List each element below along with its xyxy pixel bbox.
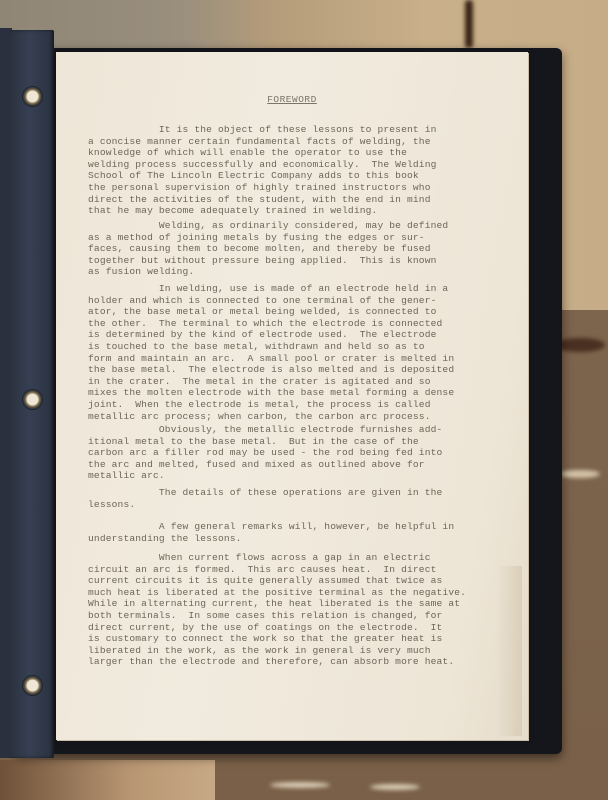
text-line: The details of these operations are give… — [88, 487, 528, 499]
text-line: lessons. — [88, 499, 528, 511]
text-line: In welding, use is made of an electrode … — [88, 283, 528, 295]
text-line: is determined by the kind of electrode u… — [88, 329, 528, 341]
text-line: the personal supervision of highly train… — [88, 182, 528, 194]
paragraph-4: Obviously, the metallic electrode furnis… — [88, 424, 528, 482]
text-line: itional metal to the base metal. But in … — [88, 436, 528, 448]
text-line: together but without pressure being appl… — [88, 255, 528, 267]
grommet-icon — [23, 87, 42, 106]
text-line: understanding the lessons. — [88, 533, 528, 545]
text-line: joint. When the electrode is metal, the … — [88, 399, 528, 411]
grommet-icon — [23, 390, 42, 409]
surface-stain — [555, 338, 605, 352]
paragraph-7: When current flows across a gap in an el… — [88, 552, 528, 668]
text-line: as fusion welding. — [88, 266, 528, 278]
paragraph-1: It is the object of these lessons to pre… — [88, 124, 528, 217]
document-page: FOREWORD It is the object of these lesso… — [56, 52, 528, 740]
paragraph-6: A few general remarks will, however, be … — [88, 521, 528, 544]
text-line: When current flows across a gap in an el… — [88, 552, 528, 564]
text-line: liberated in the work, as the work in ge… — [88, 645, 528, 657]
text-line: much heat is liberated at the positive t… — [88, 587, 528, 599]
text-line: direct current, by the use of coatings o… — [88, 622, 528, 634]
text-line: form and maintain an arc. A small pool o… — [88, 353, 528, 365]
wooden-surface-patch — [0, 760, 215, 800]
text-line: Obviously, the metallic electrode furnis… — [88, 424, 528, 436]
text-line: the base metal. The electrode is also me… — [88, 364, 528, 376]
text-line: knowledge of which will enable the opera… — [88, 147, 528, 159]
surface-scratch — [370, 784, 420, 790]
text-line: metallic arc process; when carbon, the c… — [88, 411, 528, 423]
text-line: direct the activities of the student, wi… — [88, 194, 528, 206]
text-line: ator, the base metal or metal being weld… — [88, 306, 528, 318]
surface-stain — [465, 0, 473, 48]
text-line: larger than the electrode and therefore,… — [88, 656, 528, 668]
text-line: is customary to connect the work so that… — [88, 633, 528, 645]
text-line: Welding, as ordinarily considered, may b… — [88, 220, 528, 232]
surface-scratch — [270, 782, 330, 788]
text-line: that he may become adequately trained in… — [88, 205, 528, 217]
text-line: A few general remarks will, however, be … — [88, 521, 528, 533]
text-line: welding process successfully and economi… — [88, 159, 528, 171]
surface-scratch — [560, 470, 600, 478]
text-line: carbon arc a filler rod may be used - th… — [88, 447, 528, 459]
text-line: both terminals. In some cases this relat… — [88, 610, 528, 622]
paragraph-5: The details of these operations are give… — [88, 487, 528, 510]
text-line: is touched to the base metal, withdrawn … — [88, 341, 528, 353]
text-line: a concise manner certain fundamental fac… — [88, 136, 528, 148]
text-line: in the crater. The metal in the crater i… — [88, 376, 528, 388]
text-line: mixes the molten electrode with the base… — [88, 387, 528, 399]
paragraph-3: In welding, use is made of an electrode … — [88, 283, 528, 422]
text-line: the other. The terminal to which the ele… — [88, 318, 528, 330]
grommet-icon — [23, 676, 42, 695]
text-line: School of The Lincoln Electric Company a… — [88, 170, 528, 182]
text-line: the arc and melted, fused and mixed as o… — [88, 459, 528, 471]
text-line: It is the object of these lessons to pre… — [88, 124, 528, 136]
text-line: holder and which is connected to one ter… — [88, 295, 528, 307]
text-line: While in alternating current, the heat l… — [88, 598, 528, 610]
paragraph-2: Welding, as ordinarily considered, may b… — [88, 220, 528, 278]
text-line: current circuits it is quite generally a… — [88, 575, 528, 587]
text-line: metallic arc. — [88, 470, 528, 482]
text-line: circuit an arc is formed. This arc cause… — [88, 564, 528, 576]
text-line: faces, causing them to become molten, an… — [88, 243, 528, 255]
page-title: FOREWORD — [56, 94, 528, 105]
text-line: as a method of joining metals by fusing … — [88, 232, 528, 244]
